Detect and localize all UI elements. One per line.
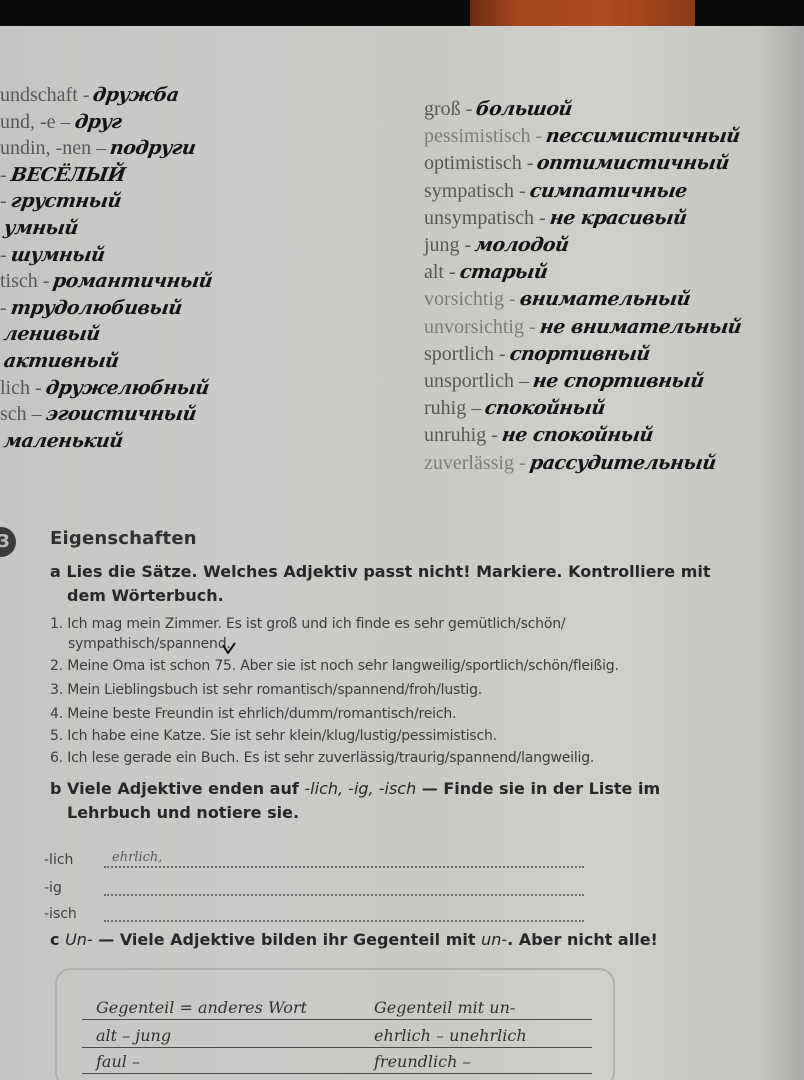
german-word: sch – <box>0 403 42 426</box>
opposite-with-un: ehrlich – unehrlich <box>374 1026 527 1045</box>
russian-translation: грустный <box>9 190 122 212</box>
vocab-row: optimistisch -оптимистичный <box>424 152 729 176</box>
vocab-row: ruhig –спокойный <box>424 397 605 421</box>
vocab-row: -шумный <box>0 244 104 268</box>
russian-translation: спортивный <box>508 343 651 365</box>
german-word: unsportlich – <box>424 370 529 393</box>
russian-translation: маленький <box>2 430 124 452</box>
task-c-instruction: c Un- — Viele Adjektive bilden ihr Gegen… <box>50 928 730 952</box>
russian-translation: большой <box>475 98 574 120</box>
german-word: und, -e – <box>0 111 71 134</box>
german-word: unvorsichtig - <box>424 316 536 339</box>
german-word: groß - <box>424 98 472 121</box>
vocab-row: sportlich -спортивный <box>424 343 649 367</box>
sentence-item: 2. Meine Oma ist schon 75. Aber sie ist … <box>50 656 619 676</box>
opposite-other-word: Gegenteil = anderes Wort <box>96 998 307 1017</box>
russian-translation: активный <box>2 350 120 372</box>
vocab-row: groß -большой <box>424 98 572 122</box>
german-word: sportlich - <box>424 343 506 366</box>
sentence-continuation: sympathisch/spannend. <box>50 634 565 654</box>
vocab-row: und, -e –друг <box>0 111 121 135</box>
russian-translation: не красивый <box>548 207 688 229</box>
opposite-with-un: freundlich – <box>374 1052 470 1071</box>
russian-translation: ленивый <box>2 323 101 345</box>
vocab-row: маленький <box>0 430 123 454</box>
sentence-item: 3. Mein Lieblingsbuch ist sehr romantisc… <box>50 680 482 700</box>
german-word: pessimistisch - <box>424 125 542 148</box>
russian-translation: рассудительный <box>528 452 717 474</box>
task-c-mid: — Viele Adjektive bilden ihr Gegenteil m… <box>93 930 481 949</box>
sentence-number: 4. <box>50 706 63 722</box>
vocab-row: unsportlich –не спортивный <box>424 370 704 394</box>
russian-translation: молодой <box>474 234 571 256</box>
russian-translation: умный <box>2 217 79 239</box>
russian-translation: симпатичные <box>528 180 688 202</box>
task-c-un: un- <box>481 930 507 949</box>
sentence-text: Meine Oma ist schon 75. Aber sie ist noc… <box>67 658 619 674</box>
german-word: lich - <box>0 377 42 400</box>
sentence-number: 3. <box>50 682 63 698</box>
german-word: - <box>0 297 7 320</box>
sentence-number: 1. <box>50 616 63 632</box>
german-word: unsympatisch - <box>424 207 546 230</box>
russian-translation: не внимательный <box>538 316 742 338</box>
russian-translation: не спокойный <box>500 424 654 446</box>
vocab-row: jung -молодой <box>424 234 569 258</box>
task-b-line2: Lehrbuch und notiere sie. <box>50 801 730 825</box>
russian-translation: эгоистичный <box>44 403 197 425</box>
sentence-text: Ich habe eine Katze. Sie ist sehr klein/… <box>67 728 497 744</box>
sentence-item: 6. Ich lese gerade ein Buch. Es ist sehr… <box>50 748 594 768</box>
sentence-text: Mein Lieblingsbuch ist sehr romantisch/s… <box>67 682 482 698</box>
german-word: - <box>0 244 7 267</box>
german-word: vorsichtig - <box>424 288 516 311</box>
german-word: undin, -nen – <box>0 137 106 160</box>
task-a-line2: dem Wörterbuch. <box>50 584 730 608</box>
russian-translation: трудолюбивый <box>9 297 183 319</box>
opposite-other-word: faul – <box>96 1052 140 1071</box>
german-word: tisch - <box>0 270 49 293</box>
task-b-suffixes: -lich, -ig, -isch <box>304 779 416 798</box>
russian-translation: романтичный <box>52 270 214 292</box>
sentence-text: Ich mag mein Zimmer. Es ist groß und ich… <box>67 616 565 632</box>
vocab-row: alt -старый <box>424 261 547 285</box>
suffix-answer-field[interactable] <box>104 880 584 896</box>
russian-translation: шумный <box>9 244 106 266</box>
suffix-answer-field[interactable] <box>104 906 584 922</box>
german-word: - <box>0 190 7 213</box>
vocab-row: unvorsichtig -не внимательный <box>424 316 741 340</box>
russian-translation: оптимистичный <box>536 152 731 174</box>
russian-translation: друг <box>73 111 123 133</box>
opposites-row: Gegenteil = anderes WortGegenteil mit un… <box>82 992 592 1020</box>
russian-translation: ВЕСЁЛЫЙ <box>9 164 126 186</box>
russian-translation: внимательный <box>518 288 691 310</box>
opposites-row: alt – jungehrlich – unehrlich <box>82 1020 592 1048</box>
opposites-row: faul –freundlich – <box>82 1046 592 1074</box>
russian-translation: спокойный <box>484 397 607 419</box>
vocab-row: unsympatisch -не красивый <box>424 207 686 231</box>
russian-translation: подруги <box>109 137 197 159</box>
suffix-label: -lich <box>44 852 104 868</box>
vocab-row: активный <box>0 350 119 374</box>
task-a-instruction: a Lies die Sätze. Welches Adjektiv passt… <box>50 560 730 608</box>
german-word: jung - <box>424 234 471 257</box>
sentence-item: 4. Meine beste Freundin ist ehrlich/dumm… <box>50 704 456 724</box>
task-b-instruction: b Viele Adjektive enden auf -lich, -ig, … <box>50 777 730 825</box>
suffix-label: -ig <box>44 880 104 896</box>
german-word: unruhig - <box>424 424 498 447</box>
sentence-item: 5. Ich habe eine Katze. Sie ist sehr kle… <box>50 726 497 746</box>
sentence-number: 2. <box>50 658 63 674</box>
exercise-title: Eigenschaften <box>50 528 197 549</box>
background-orange-object <box>470 0 695 27</box>
task-b-post: — Finde sie in der Liste im <box>416 779 660 798</box>
vocab-row: tisch -романтичный <box>0 270 213 294</box>
vocab-row: ленивый <box>0 323 100 347</box>
vocab-row: pessimistisch -пессимистичный <box>424 125 740 149</box>
task-c-prefix: Un- <box>65 930 93 949</box>
german-word: sympatisch - <box>424 180 526 203</box>
suffix-row: -isch <box>44 902 584 922</box>
task-b-pre: Viele Adjektive enden auf <box>67 779 304 798</box>
vocab-row: vorsichtig -внимательный <box>424 288 690 312</box>
vocab-row: undin, -nen –подруги <box>0 137 195 161</box>
opposite-other-word: alt – jung <box>96 1026 171 1045</box>
german-word: ruhig – <box>424 397 481 420</box>
opposite-with-un: Gegenteil mit un- <box>374 998 515 1017</box>
russian-translation: дружелюбный <box>44 377 210 399</box>
check-mark-icon <box>222 642 236 654</box>
german-word: optimistisch - <box>424 152 533 175</box>
russian-translation: дружба <box>92 84 181 106</box>
vocab-row: -ВЕСЁЛЫЙ <box>0 164 125 188</box>
vocab-row: -трудолюбивый <box>0 297 181 321</box>
russian-translation: не спортивный <box>531 370 705 392</box>
suffix-answer-field[interactable]: ehrlich, <box>104 852 584 868</box>
sentence-text: Meine beste Freundin ist ehrlich/dumm/ro… <box>67 706 456 722</box>
suffix-row: -lichehrlich, <box>44 848 584 868</box>
german-word: undschaft - <box>0 84 89 107</box>
suffix-entry: ehrlich, <box>112 850 162 865</box>
task-c-post: . Aber nicht alle! <box>507 930 658 949</box>
vocab-row: sympatisch -симпатичные <box>424 180 687 204</box>
task-b-letter: b <box>50 779 61 798</box>
sentence-item: 1. Ich mag mein Zimmer. Es ist groß und … <box>50 614 565 654</box>
task-c-letter: c <box>50 930 59 949</box>
sentence-number: 6. <box>50 750 63 766</box>
vocab-row: undschaft -дружба <box>0 84 179 108</box>
vocab-row: -грустный <box>0 190 121 214</box>
task-a-line1: Lies die Sätze. Welches Adjektiv passt n… <box>66 562 710 581</box>
vocab-row: sch –эгоистичный <box>0 403 196 427</box>
vocab-row: unruhig -не спокойный <box>424 424 653 448</box>
german-word: zuverlässig - <box>424 452 526 475</box>
task-a-letter: a <box>50 562 61 581</box>
russian-translation: старый <box>458 261 549 283</box>
sentence-text: Ich lese gerade ein Buch. Es ist sehr zu… <box>67 750 594 766</box>
german-word: - <box>0 164 7 187</box>
vocab-row: zuverlässig -рассудительный <box>424 452 715 476</box>
vocab-row: умный <box>0 217 78 241</box>
page-edge-shadow <box>760 26 804 1080</box>
german-word: alt - <box>424 261 456 284</box>
suffix-row: -ig <box>44 876 584 896</box>
vocab-row: lich -дружелюбный <box>0 377 209 401</box>
russian-translation: пессимистичный <box>545 125 742 147</box>
sentence-number: 5. <box>50 728 63 744</box>
suffix-label: -isch <box>44 906 104 922</box>
